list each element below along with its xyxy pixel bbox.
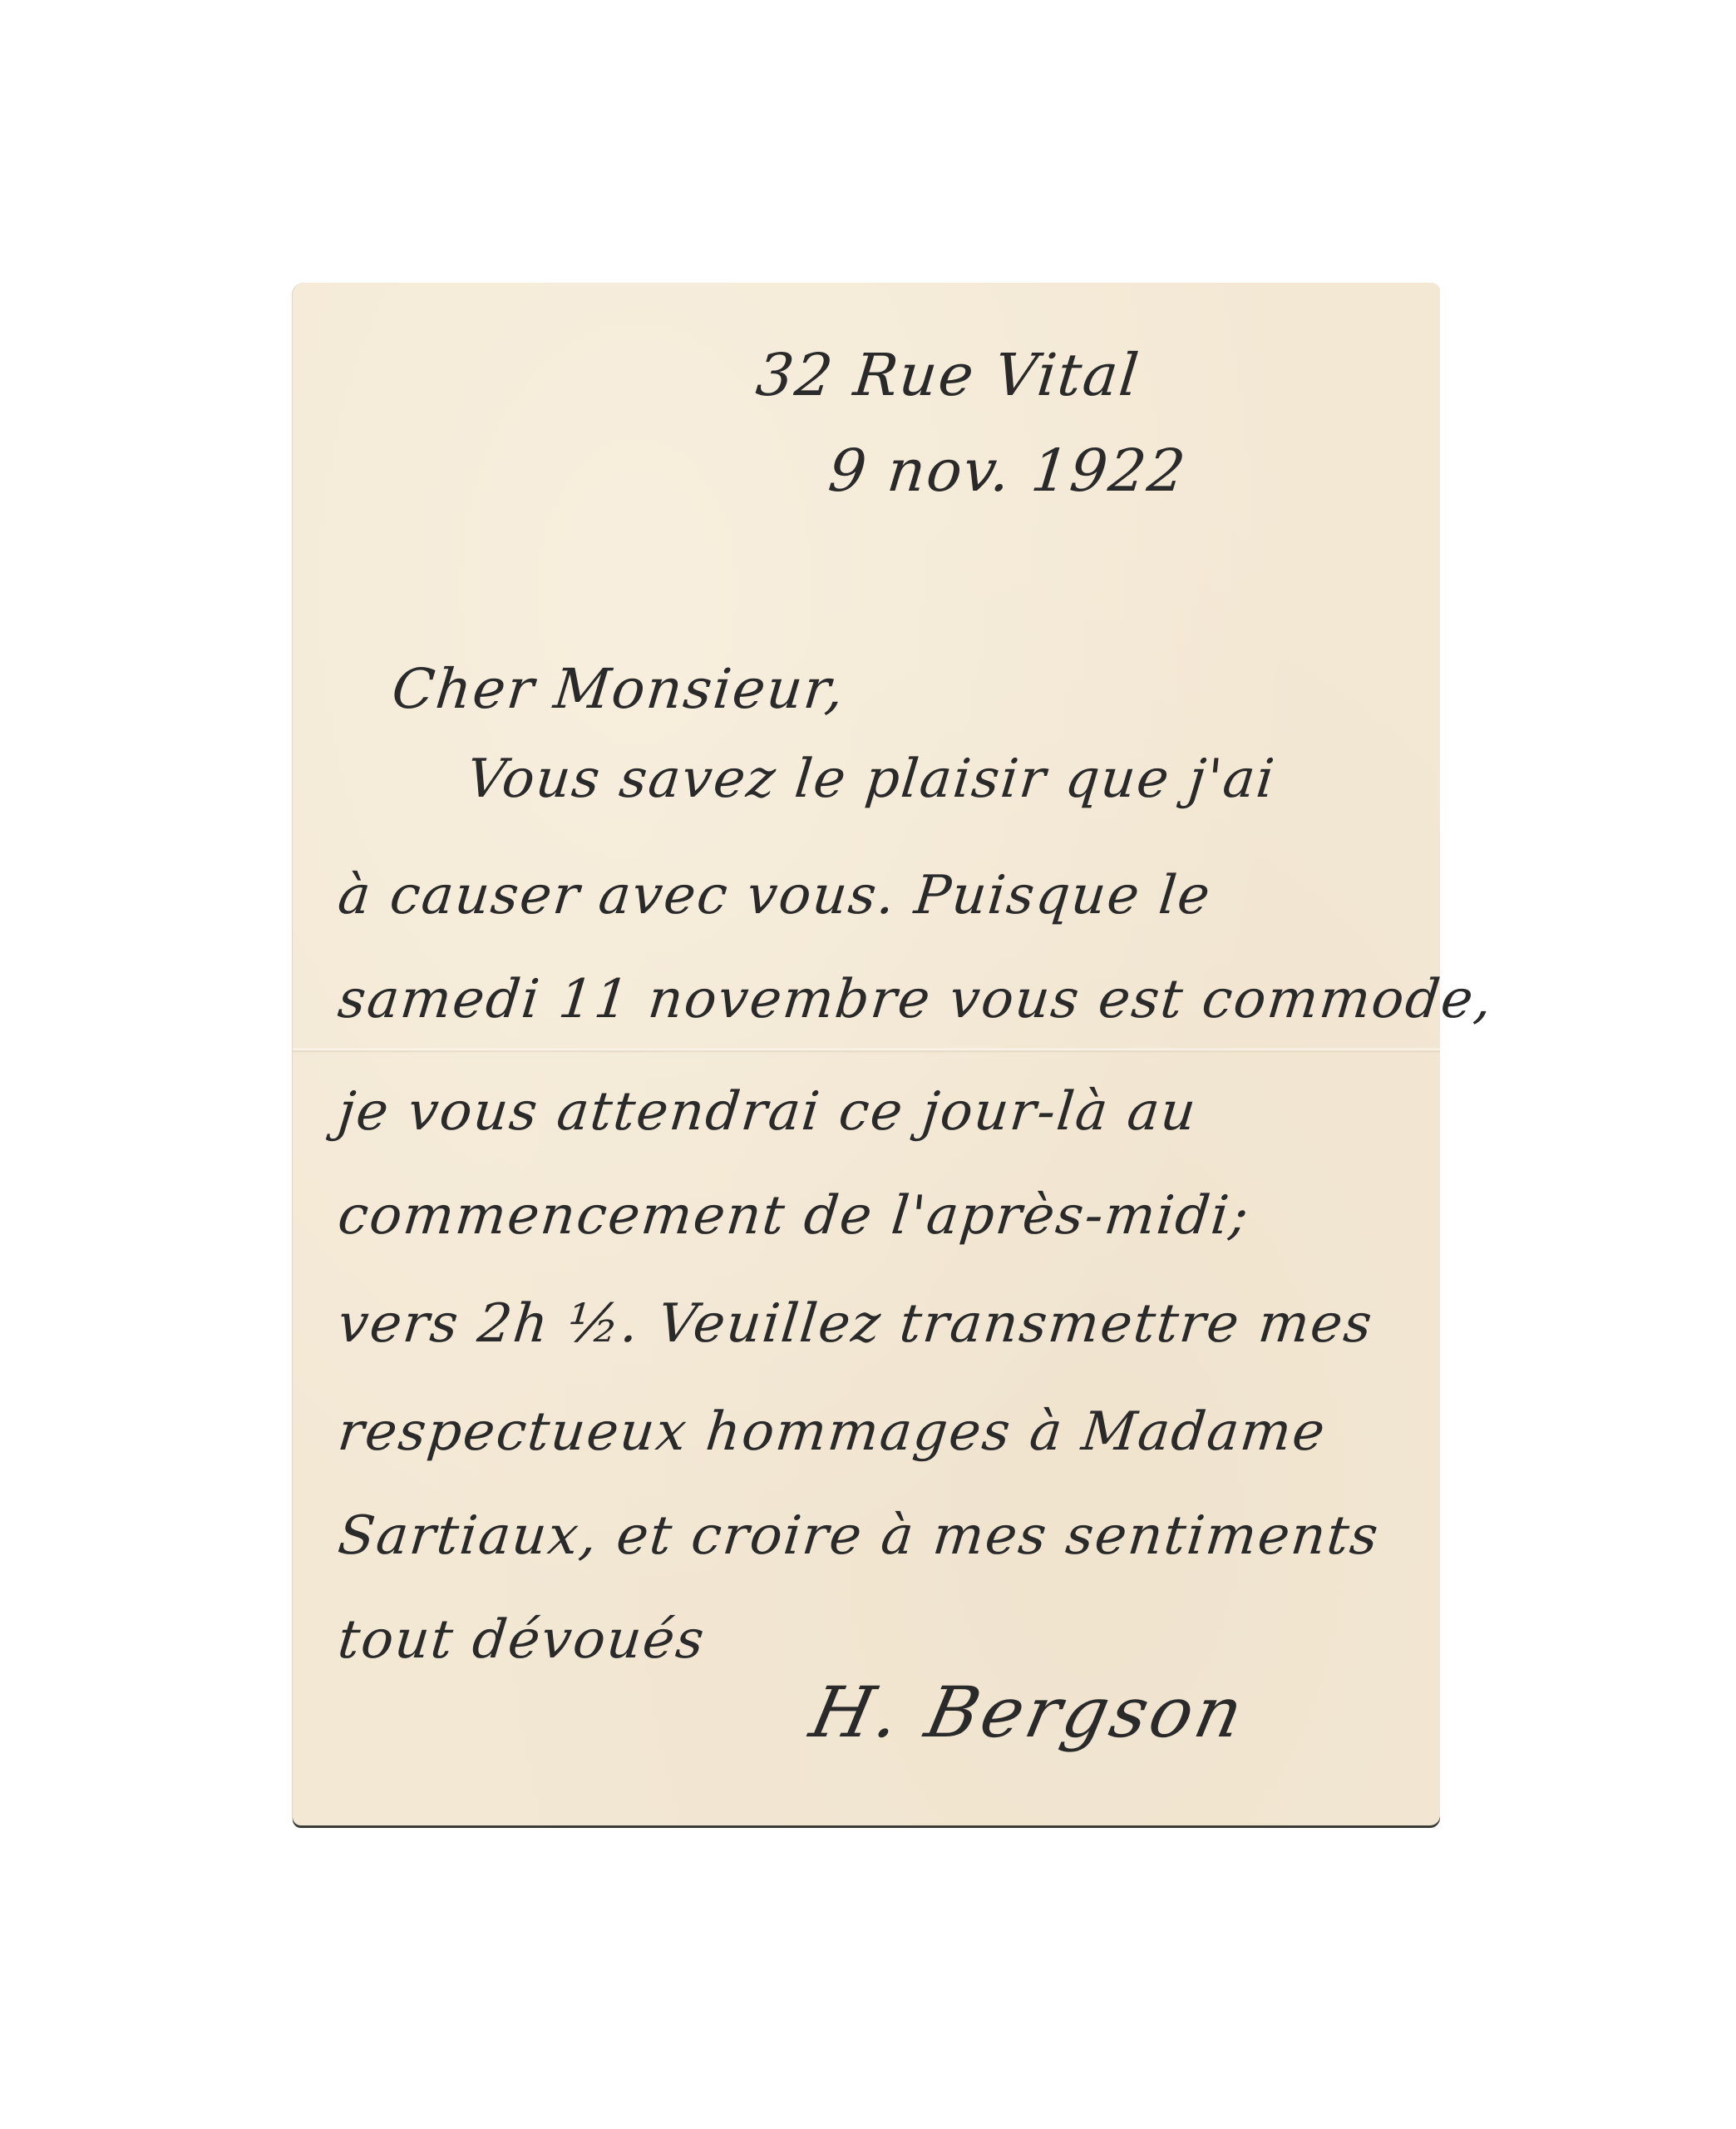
letter-address: 32 Rue Vital [753, 341, 1143, 409]
letter-body-line: respectueux hommages à Madame [335, 1401, 1329, 1463]
letter-signature: H. Bergson [804, 1672, 1254, 1753]
letter-body-line: Vous savez le plaisir que j'ai [464, 748, 1279, 810]
letter-body-line: Sartiaux, et croire à mes sentiments [335, 1505, 1383, 1567]
letter-body-line: commencement de l'après-midi; [335, 1185, 1253, 1247]
letter-paper: 32 Rue Vital 9 nov. 1922 Cher Monsieur, … [293, 283, 1440, 1825]
letter-body-line: vers 2h ½. Veuillez transmettre mes [335, 1293, 1376, 1355]
fold-crease [293, 1048, 1440, 1053]
letter-body-line: à causer avec vous. Puisque le [335, 865, 1214, 926]
letter-date: 9 nov. 1922 [826, 437, 1191, 505]
letter-salutation: Cher Monsieur, [389, 657, 848, 721]
letter-body-line: je vous attendrai ce jour-là au [335, 1081, 1200, 1143]
letter-closing: tout dévoués [335, 1609, 708, 1671]
letter-body-line: samedi 11 novembre vous est commode, [335, 969, 1496, 1030]
